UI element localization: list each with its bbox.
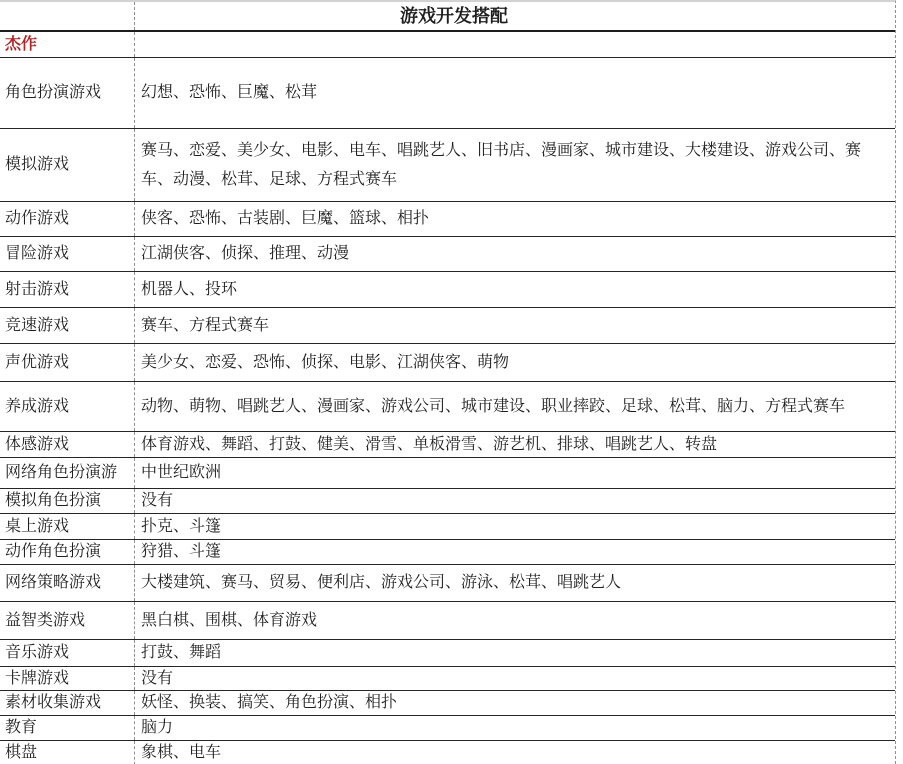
game-type-cell: 声优游戏 (0, 344, 135, 381)
table-row: 素材收集游戏 妖怪、换装、搞笑、角色扮演、相扑 (0, 691, 895, 716)
table-row: 体感游戏 体育游戏、舞蹈、打鼓、健美、滑雪、单板滑雪、游艺机、排球、唱跳艺人、转… (0, 432, 895, 458)
game-type-cell: 体感游戏 (0, 432, 135, 457)
table-row: 教育 脑力 (0, 716, 895, 741)
table-row: 射击游戏 机器人、投环 (0, 272, 895, 308)
game-type-cell: 模拟游戏 (0, 129, 135, 201)
table-row: 动作游戏 侠客、恐怖、古装剧、巨魔、篮球、相扑 (0, 202, 895, 237)
table-row: 卡牌游戏 没有 (0, 667, 895, 691)
table-row: 网络策略游戏 大楼建筑、赛马、贸易、便利店、游戏公司、游泳、松茸、唱跳艺人 (0, 565, 895, 602)
game-elements-cell: 没有 (135, 489, 895, 513)
game-type-cell: 养成游戏 (0, 382, 135, 431)
table-row: 桌上游戏 扑克、斗篷 (0, 514, 895, 540)
game-elements-cell: 动物、萌物、唱跳艺人、漫画家、游戏公司、城市建设、职业摔跤、足球、松茸、脑力、方… (135, 382, 895, 431)
game-elements-cell: 没有 (135, 667, 895, 690)
table-row: 声优游戏 美少女、恋爱、恐怖、侦探、电影、江湖侠客、萌物 (0, 344, 895, 382)
game-dev-combination-table: 游戏开发搭配 杰作 角色扮演游戏 幻想、恐怖、巨魔、松茸 模拟游戏 赛马、恋爱、… (0, 0, 896, 764)
game-elements-cell: 中世纪欧洲 (135, 458, 895, 488)
subheader-label: 杰作 (0, 32, 135, 57)
game-type-cell: 网络策略游戏 (0, 565, 135, 601)
table-row: 冒险游戏 江湖侠客、侦探、推理、动漫 (0, 237, 895, 272)
game-type-cell: 教育 (0, 716, 135, 740)
table-row: 益智类游戏 黑白棋、围棋、体育游戏 (0, 602, 895, 640)
subheader-empty-cell (135, 32, 895, 57)
table-row: 网络角色扮演游 中世纪欧洲 (0, 458, 895, 489)
game-elements-cell: 狩猎、斗篷 (135, 540, 895, 564)
game-elements-cell: 扑克、斗篷 (135, 514, 895, 539)
game-elements-cell: 象棋、电车 (135, 741, 895, 764)
table-header-row: 游戏开发搭配 (0, 2, 895, 32)
game-type-cell: 桌上游戏 (0, 514, 135, 539)
game-type-cell: 网络角色扮演游 (0, 458, 135, 488)
table-row: 音乐游戏 打鼓、舞蹈 (0, 640, 895, 667)
game-elements-cell: 妖怪、换装、搞笑、角色扮演、相扑 (135, 691, 895, 715)
header-empty-cell (0, 2, 135, 30)
game-type-cell: 益智类游戏 (0, 602, 135, 639)
game-type-cell: 素材收集游戏 (0, 691, 135, 715)
game-elements-cell: 幻想、恐怖、巨魔、松茸 (135, 58, 895, 128)
game-type-cell: 竞速游戏 (0, 308, 135, 343)
game-type-cell: 动作游戏 (0, 202, 135, 236)
table-title: 游戏开发搭配 (135, 2, 895, 30)
game-type-cell: 动作角色扮演 (0, 540, 135, 564)
game-elements-cell: 赛马、恋爱、美少女、电影、电车、唱跳艺人、旧书店、漫画家、城市建设、大楼建设、游… (135, 129, 895, 201)
game-type-cell: 音乐游戏 (0, 640, 135, 666)
game-elements-cell: 美少女、恋爱、恐怖、侦探、电影、江湖侠客、萌物 (135, 344, 895, 381)
table-row: 动作角色扮演 狩猎、斗篷 (0, 540, 895, 565)
game-type-cell: 角色扮演游戏 (0, 58, 135, 128)
table-row: 模拟游戏 赛马、恋爱、美少女、电影、电车、唱跳艺人、旧书店、漫画家、城市建设、大… (0, 129, 895, 202)
table-subheader-row: 杰作 (0, 32, 895, 58)
game-elements-cell: 江湖侠客、侦探、推理、动漫 (135, 237, 895, 271)
game-elements-cell: 机器人、投环 (135, 272, 895, 307)
table-row: 养成游戏 动物、萌物、唱跳艺人、漫画家、游戏公司、城市建设、职业摔跤、足球、松茸… (0, 382, 895, 432)
game-elements-cell: 赛车、方程式赛车 (135, 308, 895, 343)
game-type-cell: 冒险游戏 (0, 237, 135, 271)
table-row: 棋盘 象棋、电车 (0, 741, 895, 764)
table-row: 模拟角色扮演 没有 (0, 489, 895, 514)
game-elements-cell: 打鼓、舞蹈 (135, 640, 895, 666)
game-elements-cell: 黑白棋、围棋、体育游戏 (135, 602, 895, 639)
game-type-cell: 模拟角色扮演 (0, 489, 135, 513)
game-elements-cell: 大楼建筑、赛马、贸易、便利店、游戏公司、游泳、松茸、唱跳艺人 (135, 565, 895, 601)
game-elements-cell: 体育游戏、舞蹈、打鼓、健美、滑雪、单板滑雪、游艺机、排球、唱跳艺人、转盘 (135, 432, 895, 457)
game-elements-cell: 脑力 (135, 716, 895, 740)
game-type-cell: 射击游戏 (0, 272, 135, 307)
game-elements-cell: 侠客、恐怖、古装剧、巨魔、篮球、相扑 (135, 202, 895, 236)
game-type-cell: 棋盘 (0, 741, 135, 764)
table-row: 角色扮演游戏 幻想、恐怖、巨魔、松茸 (0, 58, 895, 129)
game-type-cell: 卡牌游戏 (0, 667, 135, 690)
table-row: 竞速游戏 赛车、方程式赛车 (0, 308, 895, 344)
